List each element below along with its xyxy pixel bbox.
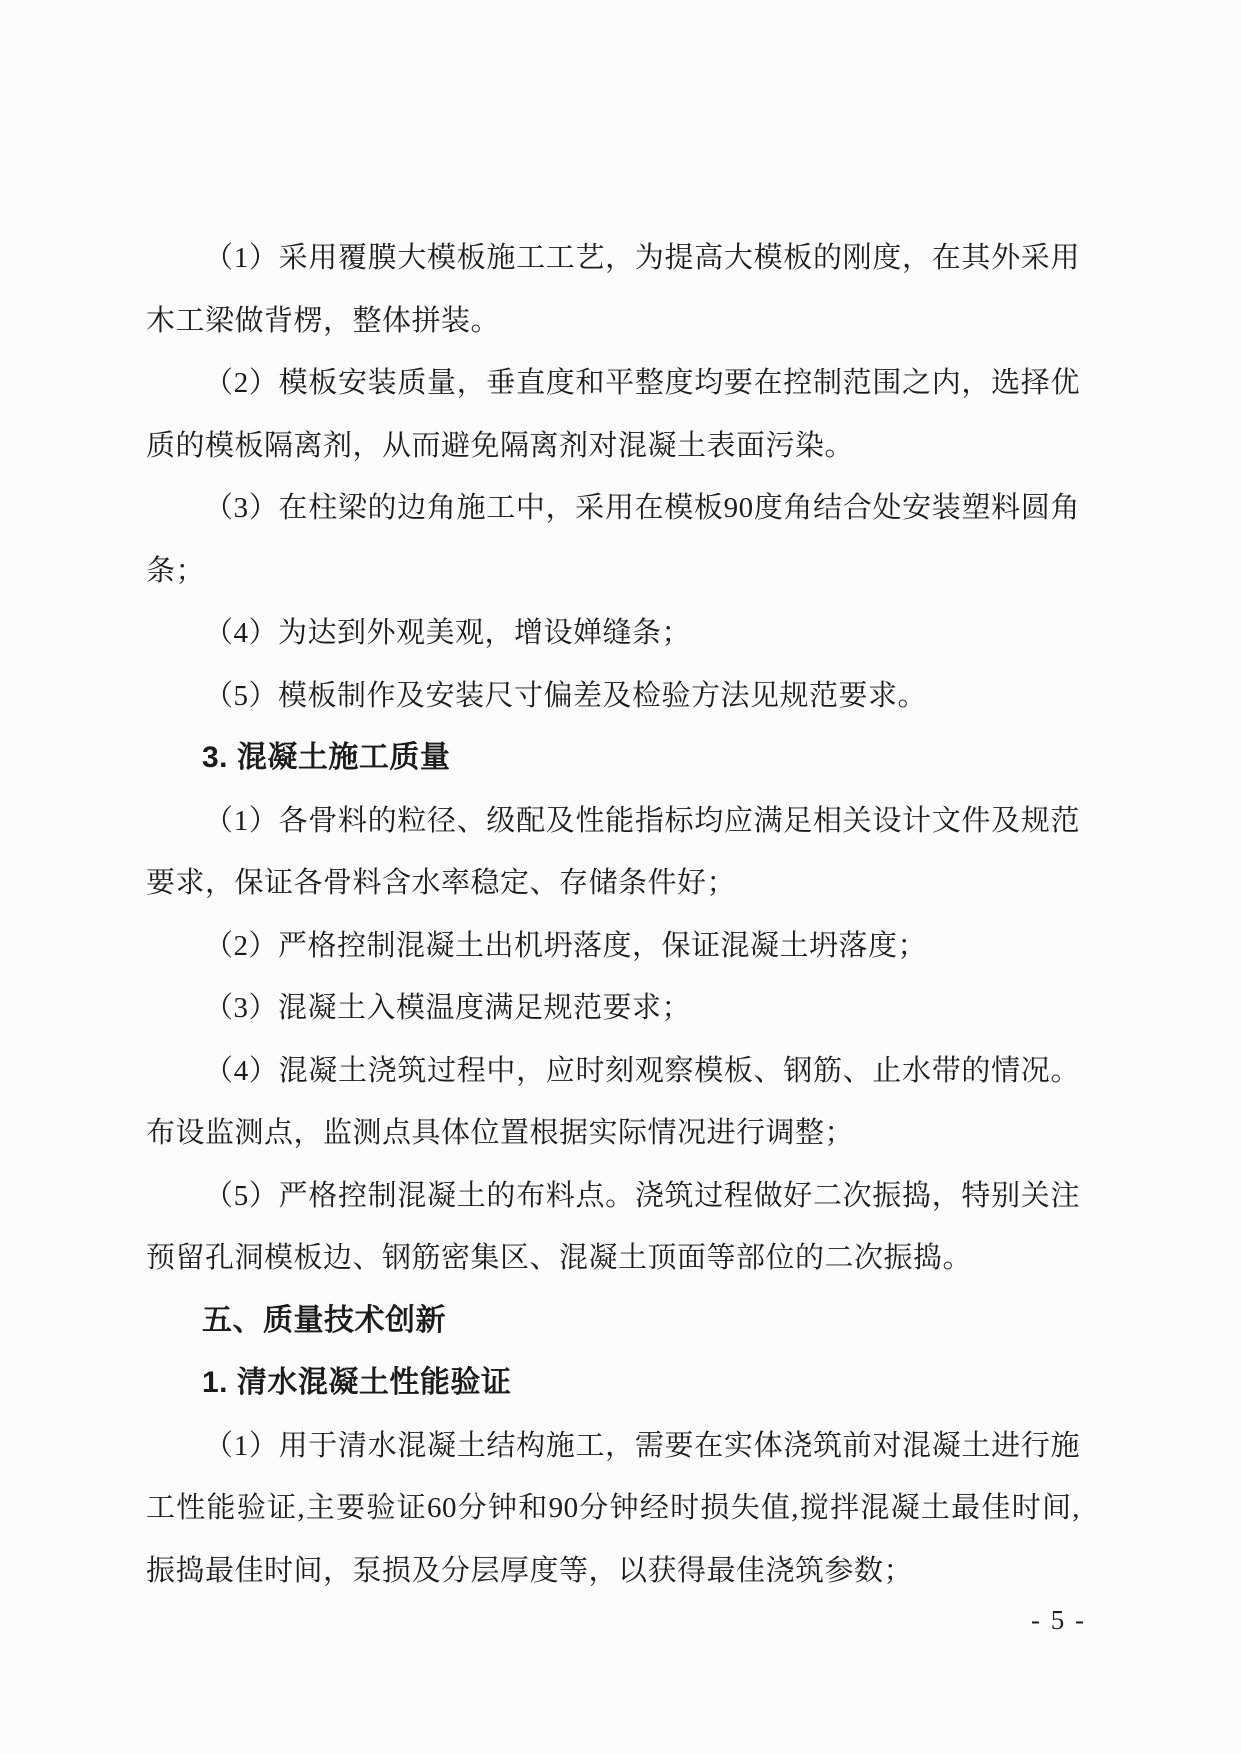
text-line: 要求，保证各骨料含水率稳定、存储条件好； [146, 852, 1080, 915]
text-line: （5）严格控制混凝土的布料点。浇筑过程做好二次振捣，特别关注 [146, 1165, 1080, 1228]
text-line: 工性能验证,主要验证60分钟和90分钟经时损失值,搅拌混凝土最佳时间, [146, 1477, 1080, 1540]
text-line: （4）为达到外观美观，增设婵缝条； [146, 602, 1080, 665]
section-heading: 3. 混凝土施工质量 [146, 727, 1080, 790]
document-page: （1）采用覆膜大模板施工工艺，为提高大模板的刚度，在其外采用木工梁做背楞，整体拼… [0, 0, 1241, 1754]
text-line: （2）模板安装质量，垂直度和平整度均要在控制范围之内，选择优 [146, 352, 1080, 415]
text-line: （1）用于清水混凝土结构施工，需要在实体浇筑前对混凝土进行施 [146, 1415, 1080, 1478]
text-line: 布设监测点，监测点具体位置根据实际情况进行调整； [146, 1102, 1080, 1165]
text-line: 质的模板隔离剂，从而避免隔离剂对混凝土表面污染。 [146, 415, 1080, 478]
text-line: （3）混凝土入模温度满足规范要求； [146, 977, 1080, 1040]
text-line: 预留孔洞模板边、钢筋密集区、混凝土顶面等部位的二次振捣。 [146, 1227, 1080, 1290]
text-line: （2）严格控制混凝土出机坍落度，保证混凝土坍落度； [146, 915, 1080, 978]
text-line: （1）采用覆膜大模板施工工艺，为提高大模板的刚度，在其外采用 [146, 227, 1080, 290]
section-heading: 五、质量技术创新 [146, 1290, 1080, 1353]
text-line: 条； [146, 540, 1080, 603]
document-body: （1）采用覆膜大模板施工工艺，为提高大模板的刚度，在其外采用木工梁做背楞，整体拼… [146, 227, 1080, 1602]
text-line: （1）各骨料的粒径、级配及性能指标均应满足相关设计文件及规范 [146, 790, 1080, 853]
section-heading: 1. 清水混凝土性能验证 [146, 1352, 1080, 1415]
text-line: （3）在柱梁的边角施工中，采用在模板90度角结合处安装塑料圆角 [146, 477, 1080, 540]
text-line: （5）模板制作及安装尺寸偏差及检验方法见规范要求。 [146, 665, 1080, 728]
text-line: 木工梁做背楞，整体拼装。 [146, 290, 1080, 353]
text-line: 振捣最佳时间，泵损及分层厚度等，以获得最佳浇筑参数； [146, 1540, 1080, 1603]
page-number: - 5 - [146, 1600, 1086, 1640]
text-line: （4）混凝土浇筑过程中，应时刻观察模板、钢筋、止水带的情况。 [146, 1040, 1080, 1103]
